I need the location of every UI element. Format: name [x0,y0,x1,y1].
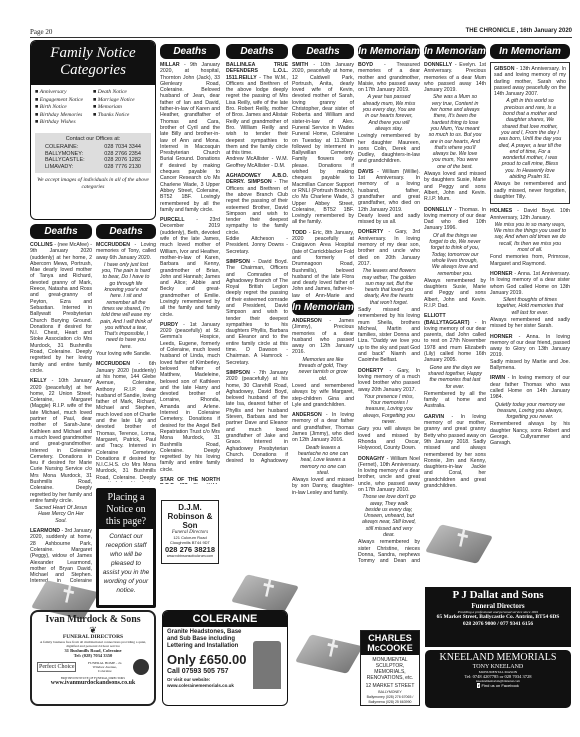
notice: MCCRUDDEN - Loving memories of Tony, cal… [96,242,156,357]
notice: GARVIN - In loving memory of our mother,… [424,414,486,490]
kneeland-memorials-ad: KNEELAND MEMORIALS TONY KNEELAND MONUMEN… [425,650,571,708]
notice-name: IRWIN [490,375,505,381]
notice-name: KELLY [30,378,47,384]
office-name: LIMAVADY: [45,164,73,171]
notice-name: ANDERSON [292,318,322,324]
category-item: Anniversary [35,89,93,97]
notice: IRWIN - In loving memory of our dear fat… [490,375,570,446]
notice-name: MCCRUDDEN [96,242,130,248]
notice-signature: Always be remembered and sadly missed, n… [494,181,566,200]
notice: HOLMES - David Boyd. 10th Anniversary, 1… [490,208,570,267]
notice-name: ANDERSON [292,412,322,418]
notice-signature: Dearly loved and sadly missed by us all. [358,213,420,226]
office-phone: 028 7776 2130 [104,164,141,171]
category-item: Birthday Memories [35,112,93,120]
category-item: Memoriam [93,104,151,112]
category-item: Birthday Wishes [35,119,93,127]
notice-text: - The Officers and Brethren of the above… [226,179,288,235]
category-item: Thanks Notice [93,112,151,120]
notice-verse: Sacred Heart Of Jesus Have Mercy On Her … [34,505,88,524]
notice: LEARMOND - 3rd January 2020, suddenly at… [30,528,92,584]
page-header: Page 20 THE CHRONICLE , 16th January 202… [30,28,572,38]
notice-name: DOHERTY [358,229,383,235]
notice-name: TODD [292,230,307,236]
office-contacts: Contact our Offices at: COLERAINE:028 70… [35,133,151,174]
notice: SMITH - 10th January 2020, peacefully at… [292,62,354,226]
memoriam-column-6: In Memoriam BOYD - Treasured memories of… [358,44,420,564]
section-header-deaths: Deaths [226,44,288,59]
notice: HORNER - Anna. In loving memory of our d… [490,334,570,372]
notice-signature: Loved and remembered always by wife Marg… [292,383,354,408]
pj-dallat-ad: P J Dallat and Sons Funeral Directors Pr… [425,587,571,647]
memoriam-column-5: In Memoriam ANDERSON - James (Jimmy), Pr… [292,300,354,500]
notice: KELLY - 10th January 2020 (peacefully) a… [30,378,92,524]
notice: AGHADOWEY A.B.O. DERRY. SIMPSON - The Of… [226,173,288,255]
notice: ELLIOTT (BALLYTAGGART) - In loving memor… [424,313,486,409]
section-header-deaths: Deaths [30,224,92,239]
notice-verse: The leaves and flowers may wither, The g… [362,268,416,306]
notice-text: - Eric, 8th January, 2020 peacefully at … [292,230,354,298]
notice-text: - (nee McAfee) - 9th January 2020 (sudde… [30,242,92,374]
categories-title: Family Notice Categories [31,41,155,85]
notice-text: - In loving memory of our dear parents, … [424,320,486,364]
notice-name: BOYD [358,62,373,68]
deaths-column-5: Deaths SMITH - 10th January 2020, peacef… [292,44,354,298]
notice-name: SIMPSON [226,370,250,376]
notice: DONNELLY - Evelyn. 1st Anniversary. Prec… [424,62,486,203]
contact-title: Contact our Offices at: [41,136,145,143]
placing-body: Contact our reception staff who will be … [98,528,154,606]
bible-cross-icon [231,574,299,613]
notice-name: SIMPSON [226,259,250,265]
notice-name: ELLIOTT (BALLYTAGGART) [424,313,470,325]
notice-text: - In loving memory of our mother, granny… [424,414,486,489]
notice: MCCRUDDEN - 6th January 2020 (suddenly) … [96,361,156,482]
notice-signature: Always remembered by daughters Susie, Ma… [424,278,486,309]
notice-signature: Sadly missed by Martie and Joe. Ballymen… [490,359,570,372]
notice-text: - The W.M., Officers and Brethren of the… [226,75,288,157]
notice: DONAGHY - William Noel (Fernet), 10th An… [358,456,420,564]
notice-name: HOLMES [490,208,512,214]
notice-verse: We miss you in so many ways, We miss the… [494,222,566,253]
page-number: Page 20 [30,28,52,36]
section-header-memoriam: In Memoriam [292,300,354,315]
section-header-deaths: Deaths [160,44,220,59]
notice-text: - 7th January 2020 (peacefully) at his h… [226,370,288,464]
notice-text: - William Noel (Fernet), 10th Anniversar… [358,456,420,493]
dallat-name: P J Dallat and Sons [427,589,569,602]
notice: TODD - Eric, 8th January, 2020 peacefull… [292,230,354,298]
robinson-name: D.J.M. Robinson & Son [164,503,216,530]
notice: SIMPSON - David Boyd. The Chairman, Offi… [226,259,288,366]
notice-signature: Remembered by all the family at home and… [424,391,486,410]
notice-name: PURCELL [160,217,185,223]
notice-verse: Memories are like threads of gold, They … [296,357,350,382]
ornament-icon: ❦ [34,626,152,634]
section-header-deaths: Deaths [96,224,156,239]
murdock-desc: A family business free from all multinat… [34,640,152,648]
family-notice-categories: Family Notice Categories Anniversary Dea… [30,40,156,220]
dallat-address: 65 Market Street, Ballycastle Co. Antrim… [427,614,569,621]
bible-cross-icon [295,634,363,673]
deaths-column-2: Deaths MCCRUDDEN - Loving memories of To… [96,224,156,482]
deaths-column-1: Deaths COLLINS - (nee McAfee) - 9th Janu… [30,224,92,584]
notice-signature: Remembered always by his daughter Nancy,… [490,421,570,446]
notice: PURCELL - 23rd December 2019 (suddenly),… [160,217,220,318]
category-list: Anniversary Death Notice Engagement Noti… [31,85,155,131]
robinson-web: www.robinsonsofculcrum.com [164,554,216,558]
notice-name: DOHERTY [358,368,383,374]
category-item: Marriage Notice [93,97,151,105]
notice-name: DONNELLY [424,207,452,213]
notice: BOYD - Treasured memories of a dear moth… [358,62,420,165]
notice-text: - David Boyd. The Chairman, Officers and… [226,259,288,366]
deaths-column-4: Deaths BALLINLEA TRUE DEFENDERS L.O.L. 1… [226,44,288,464]
section-header-memoriam: In Memoriam [358,44,420,59]
notice: ANDERSON - In loving memory of a dear fa… [292,412,354,496]
deaths-column-3: Deaths MILLAR - 9th January 2020, at hos… [160,44,220,484]
notice-text: - William (Willie). 1st Anniversary. In … [358,169,420,213]
notice-verse: Your presence I miss, Your memories I tr… [362,394,416,425]
notice-name: HORNER [490,334,512,340]
office-row: LIMAVADY:028 7776 2130 [41,164,145,171]
category-item: Birth Notice [35,104,93,112]
notice-signature: Gary you will always be loved and missed… [358,426,420,451]
notice-verse: A gift in this world so precious and rar… [498,98,562,180]
notice: ANDERSON - James (Jimmy), Precious memor… [292,318,354,408]
notice: PURDY - 1st January 2020 (peacefully) at… [160,322,220,473]
notice-text: - James (Jimmy), Precious memories of a … [292,318,354,355]
notice-signature: Always loved and missed by daughters Sus… [424,171,486,202]
notice-verse: Gone are the days we shared together, Ha… [428,365,482,390]
mccooke-services: MONUMENTAL SCULPTOR, MEMORIALS, RENOVATI… [361,655,419,683]
notice-name: GARVIN [424,414,444,420]
memorials-title: COLERAINE MEMORIALS [163,611,287,627]
notice: SIMPSON - 7th January 2020 (peacefully) … [226,370,288,464]
ivan-murdock-ad: Ivan Murdock & Sons ❦ FUNERAL DIRECTORS … [30,610,156,706]
notice-verse: Those we love don't go away, They walk b… [362,494,416,538]
notice-verse: A year has passed already mum, We miss y… [362,94,416,132]
notice-signature: Your loving wife Sandie. [96,351,156,357]
notice-text: - 10th January 2020, peacefully at home,… [292,62,354,225]
notice-name: PURDY [160,322,178,328]
facebook-label: Find us on Facebook [482,683,519,688]
notice-signature: Lovingly remembered by her daughter Maur… [358,133,420,164]
robinson-address: 121 Culcrum Road Cloughmills BT44 9DT [164,535,216,545]
notice-name: DONNELLY [424,62,452,68]
placing-title: Placing a Notice on this page? [99,492,153,528]
notice-signature: Always remembered by sister Christine, n… [358,539,420,564]
murdock-home: FUNERAL HOME - 2a Windsor Avenue, Colera… [88,661,122,673]
facebook-badge: f Find us on Facebook [427,683,569,688]
notice-name: COLLINS [30,242,53,248]
notice-signature: Eddie Aitcheson - President. Jonny Downs… [226,236,288,255]
notice-text: - 6th January 2020 (suddenly) at his hom… [96,361,156,482]
robinson-ad: D.J.M. Robinson & Son Funeral Directors … [161,500,219,564]
mccooke-name: CHARLES McCOOKE [361,631,419,655]
category-item: Engagement Notice [35,97,93,105]
perfect-choice-logo: Perfect Choice [37,662,76,672]
notice-signature: Andrew McAllister - W.M. Geoffrey McAlli… [226,156,288,169]
notice-text: - 9th January 2020, at hospital, Thornto… [160,62,220,213]
notice-verse: Death leaves a heartache no one can heal… [296,445,350,476]
robinson-phone: 028 276 38218 [164,545,216,554]
coleraine-memorials-ad: COLERAINE MEMORIALS Granite Headstones, … [162,610,288,706]
bifd-emblem-icon [133,659,149,675]
notice: DONNELLY - Thomas. In loving memory of o… [424,207,486,310]
notice-signature: Always remembered and sadly missed by he… [490,317,570,330]
notice-verse: Silent thoughts of times together, Hold … [494,297,566,316]
notice-name: MILLAR [160,62,180,68]
notice: BALLINLEA TRUE DEFENDERS L.O.L. 1511.REI… [226,62,288,169]
mccooke-phone: Ballymoney (028) 276 67065 / Ballymena (… [361,695,419,704]
section-header-deaths: Deaths [292,44,354,59]
mccooke-ad: CHARLES McCOOKE MONUMENTAL SCULPTOR, MEM… [360,630,420,706]
murdock-web: www.ivanmurdockandsons.co.uk [34,680,152,686]
notice-signature: Sadly missed and remembered by his lovin… [358,307,420,364]
notice-verse: I have only just lost you, The pain is h… [100,262,152,350]
notice-verse: She was a Mum so very true, Content in h… [428,94,482,170]
notice: DAVIS - William (Willie). 1st Anniversar… [358,169,420,226]
paper-title: THE CHRONICLE , 16th January 2020 [466,28,572,34]
notice: HORNER - Anna. 1st Anniversary. In lovin… [490,271,570,330]
dallat-phone: 028 2076 9000 / 077 9341 6156 [427,621,569,627]
bible-cross-icon [425,524,493,563]
notice: DOHERTY - Gary, In loving memory of a mu… [358,368,420,452]
notice-text: - 10th January 2020 (peacefully) at her … [30,378,92,504]
notice-text: - 23rd December 2019 (suddenly), Beth, d… [160,217,220,317]
notice: DOHERTY - Gary, 3rd Anniversary. In lovi… [358,229,420,363]
gibson-boxed-notice: GIBSON - 13th Anniversary. In sad and lo… [490,62,570,204]
category-item: Death Notice [93,89,151,97]
notice-signature: Always loved and missed by son Danny, da… [292,477,354,496]
notice-text: - 3rd January 2020, suddenly at home, 28… [30,528,92,584]
notice-name: DONAGHY [358,456,385,462]
notice: COLLINS - (nee McAfee) - 9th January 202… [30,242,92,374]
notice: STAR OF THE NORTH R.B.P. 492. The W.M., … [160,477,220,484]
headstone-icon [253,641,281,689]
kneeland-name: KNEELAND MEMORIALS [427,652,569,664]
notice-name: MCCRUDDEN [96,361,130,367]
notice-text: - 1st January 2020 (peacefully) at St. G… [160,322,220,473]
notice-text: - Gary, 3rd Anniversary. In loving memor… [358,229,420,266]
notice-verse: Of all the things we forget to do, We ne… [428,233,482,277]
dallat-sub: Funeral Directors [427,602,569,610]
notice-signature: Fond memories from, Primrose, Margaret a… [490,254,570,267]
categories-footer: We accept images of individuals in all o… [31,175,155,192]
notice-name: DAVIS [358,169,373,175]
notice-name: GIBSON [494,66,514,72]
notice-name: SMITH [292,62,308,68]
facebook-icon: f [477,683,480,688]
notice-verse: Quietly today your memory we treasure, L… [494,402,566,421]
section-header-memoriam: In Memoriam [490,44,570,59]
notice-name: LEARMOND [30,528,60,534]
section-header-memoriam: In Memoriam [424,44,486,59]
notice-name: HORNER [490,271,512,277]
memoriam-column-7: In Memoriam DONNELLY - Evelyn. 1st Anniv… [424,44,486,499]
notice: MILLAR - 9th January 2020, at hospital, … [160,62,220,213]
memoriam-column-8: In Memoriam GIBSON - 13th Anniversary. I… [490,44,570,574]
memorials-web: Or visit our website: www.colerainememor… [163,676,253,689]
